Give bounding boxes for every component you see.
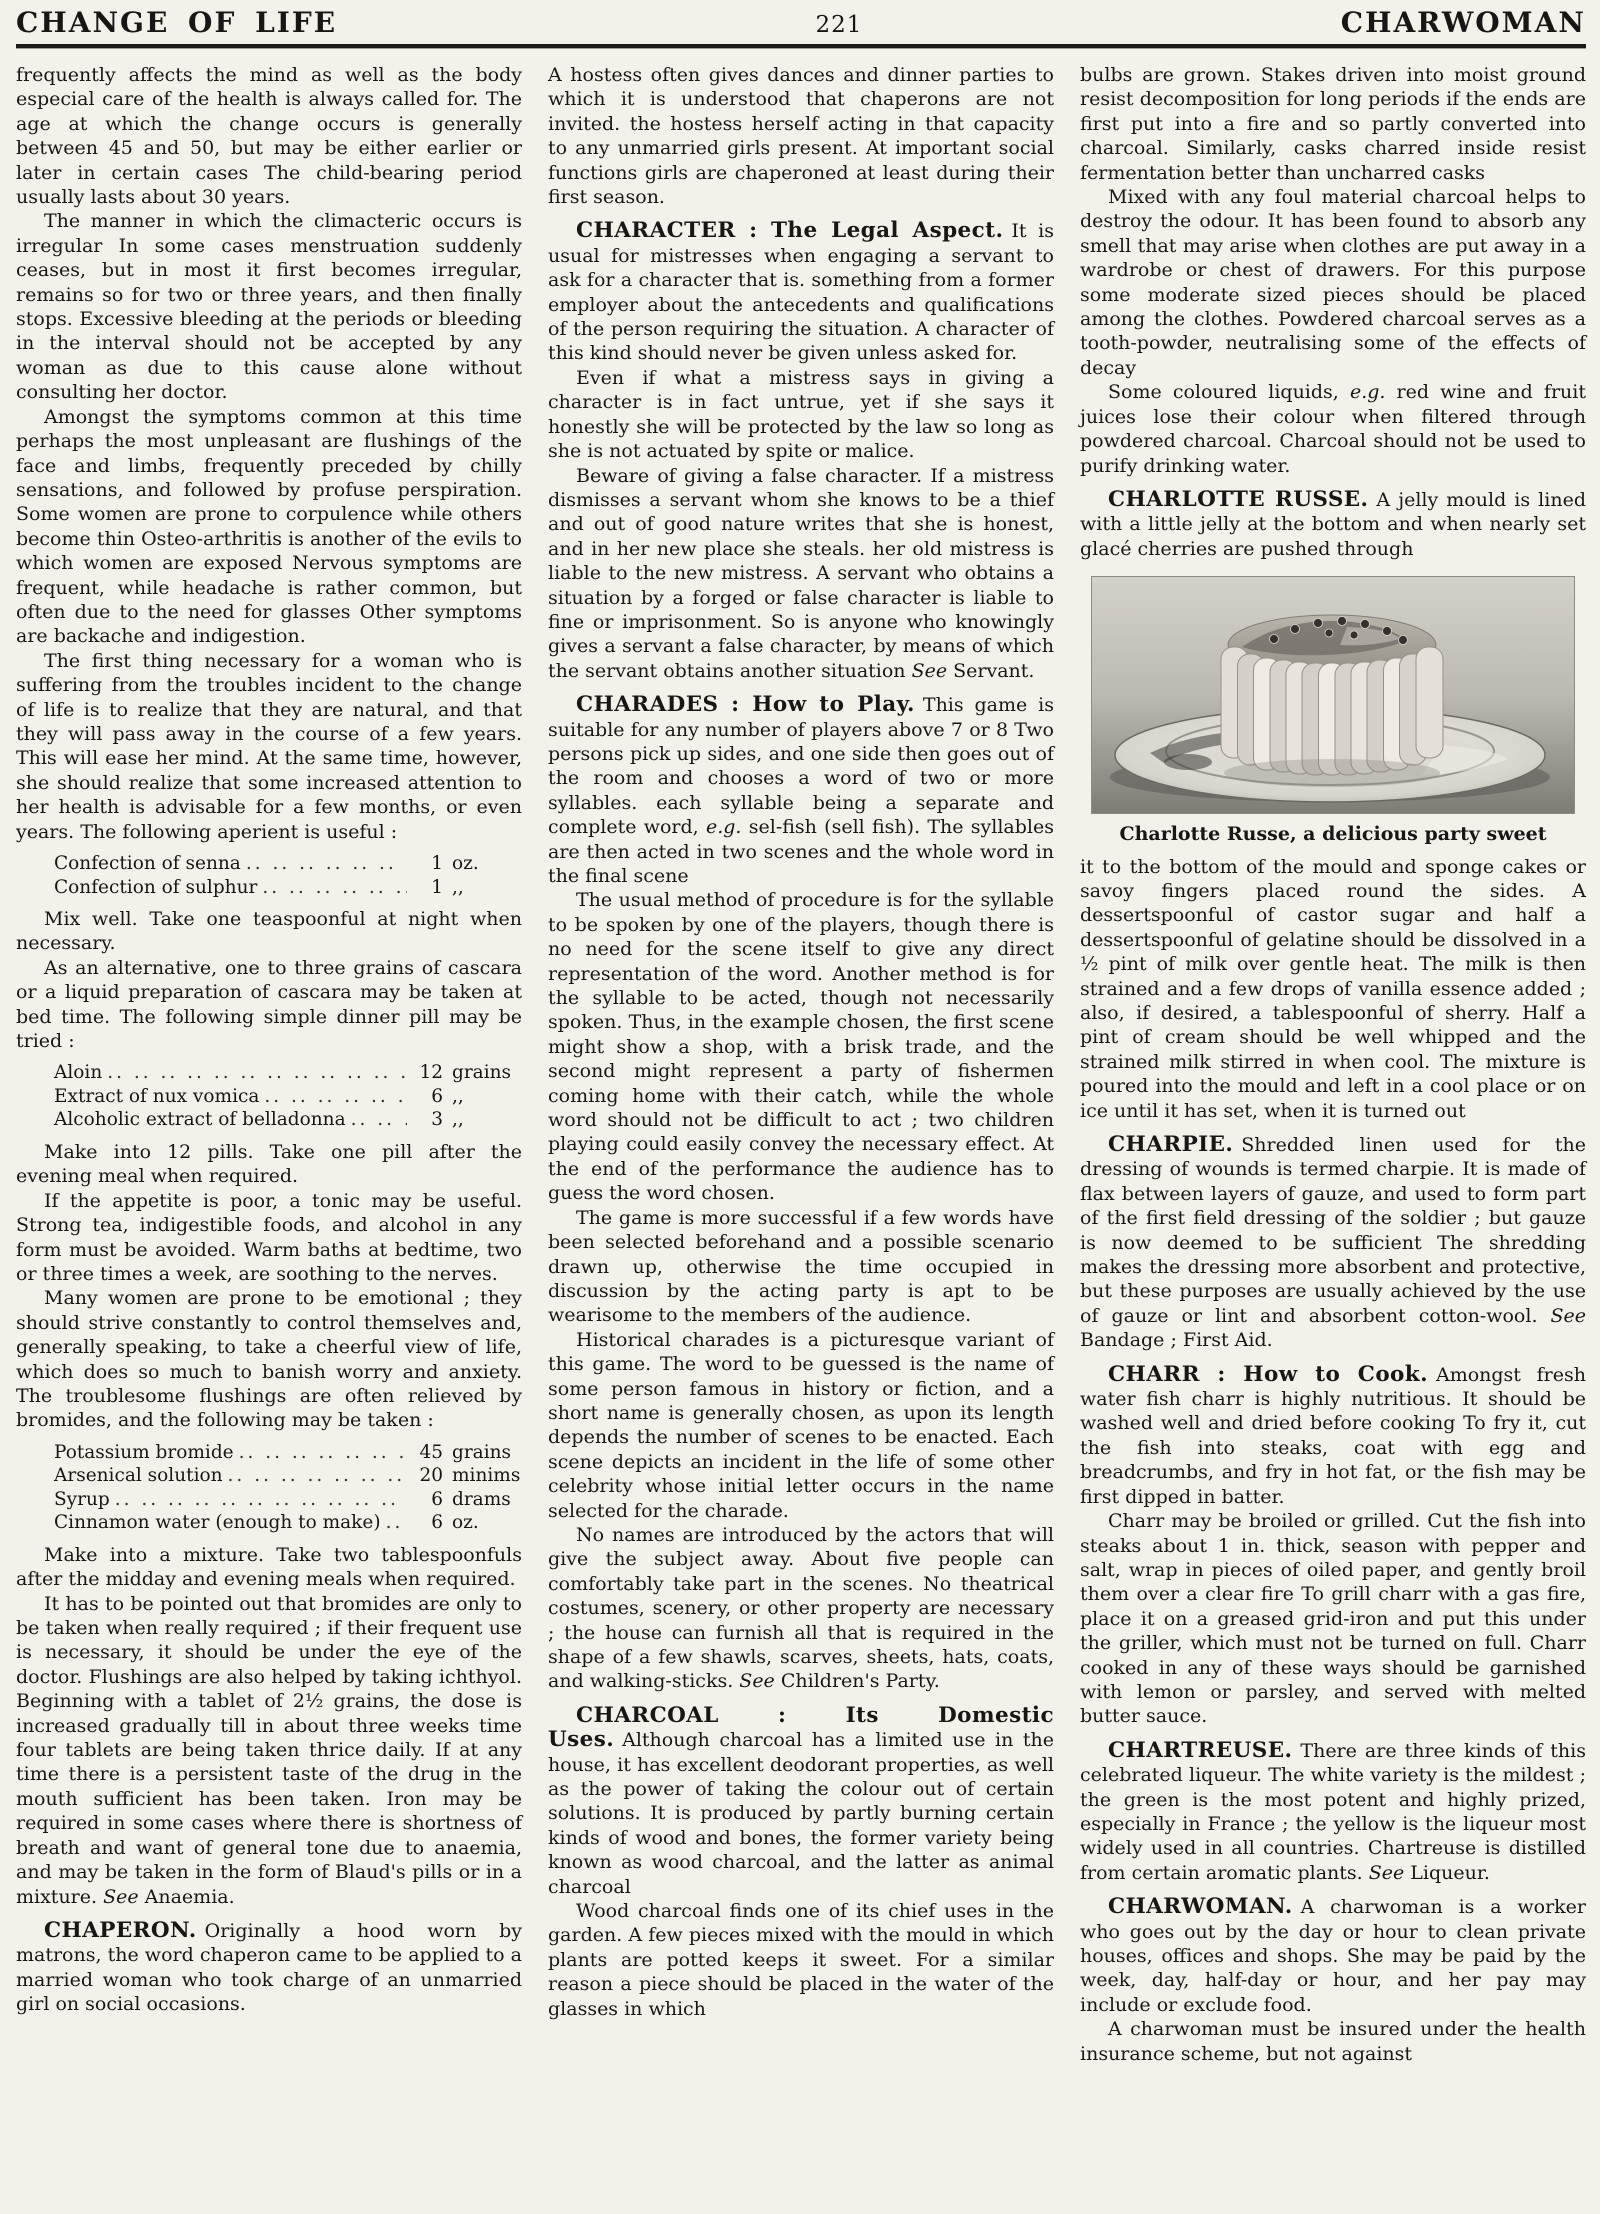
ingredient-name: Confection of sulphur [54,876,257,900]
unit: ,, [443,876,522,900]
unit: grains [443,1061,522,1085]
quantity: 3 [407,1108,443,1132]
entry-paragraph: CHARADES : How to Play.This game is suit… [548,693,1054,888]
page-header: CHANGE OF LIFE 221 CHARWOMAN [16,6,1586,39]
column-left: frequently affects the mind as well as t… [16,63,522,2066]
paragraph: A charwoman must be insured under the he… [1080,2017,1586,2066]
dosage-table: Aloin.. .. .. .. .. .. .. .. .. .. .. ..… [16,1061,522,1132]
leader-dots: .. .. .. .. .. .. .. .. .. .. .. .. .. .… [381,1511,407,1535]
ingredient-name: Alcoholic extract of belladonna [54,1108,346,1132]
column-middle: A hostess often gives dances and dinner … [548,63,1054,2066]
entry-title: CHARWOMAN. [1108,1894,1301,1919]
dosage-table: Potassium bromide.. .. .. .. .. .. .. ..… [16,1441,522,1535]
entry-title: CHARTREUSE. [1108,1738,1300,1763]
quantity: 20 [407,1464,443,1488]
entry-paragraph: CHARCOAL : Its Domestic Uses.Although ch… [548,1704,1054,1899]
quantity: 1 [407,852,443,876]
ingredient-name: Syrup [54,1488,110,1512]
paragraph: The first thing necessary for a woman wh… [16,649,522,844]
paragraph: Some coloured liquids, e.g. red wine and… [1080,380,1586,478]
dosage-row: Aloin.. .. .. .. .. .. .. .. .. .. .. ..… [54,1061,522,1085]
cross-reference: See [103,1886,139,1908]
leader-dots: .. .. .. .. .. .. .. .. .. .. .. .. .. .… [223,1464,407,1488]
column-right: bulbs are grown. Stakes driven into mois… [1080,63,1586,2066]
entry-title: CHARPIE. [1108,1132,1241,1157]
entry-paragraph: CHARWOMAN.A charwoman is a worker who go… [1080,1895,1586,2017]
paragraph: Even if what a mistress says in giving a… [548,366,1054,464]
paragraph: The game is more successful if a few wor… [548,1206,1054,1328]
cross-reference: See [912,660,948,682]
entry-title: CHARACTER : The Legal Aspect. [576,218,1011,243]
page-number: 221 [337,12,1341,38]
entry-paragraph: CHARR : How to Cook.Amongst fresh water … [1080,1363,1586,1509]
unit: minims [443,1464,522,1488]
text-columns: frequently affects the mind as well as t… [16,63,1586,2066]
header-rule [16,44,1586,48]
quantity: 6 [407,1511,443,1535]
ingredient-name: Confection of senna [54,852,241,876]
dosage-row: Confection of sulphur.. .. .. .. .. .. .… [54,876,522,900]
leader-dots: .. .. .. .. .. .. .. .. .. .. .. .. .. .… [110,1488,407,1512]
dosage-row: Cinnamon water (enough to make).. .. .. … [54,1511,522,1535]
unit: grains [443,1441,522,1465]
quantity: 12 [407,1061,443,1085]
dosage-row: Alcoholic extract of belladonna.. .. .. … [54,1108,522,1132]
charlotte-russe-figure: Charlotte Russe, a delicious party sweet [1080,577,1586,846]
paragraph: Beware of giving a false character. If a… [548,464,1054,684]
entry-paragraph: CHAPERON.Originally a hood worn by matro… [16,1919,522,2017]
ingredient-name: Extract of nux vomica [54,1085,259,1109]
quantity: 6 [407,1488,443,1512]
cross-reference: See [1550,1305,1586,1327]
paragraph: Charr may be broiled or grilled. Cut the… [1080,1509,1586,1729]
header-left-title: CHANGE OF LIFE [16,6,337,39]
entry-paragraph: CHARTREUSE.There are three kinds of this… [1080,1739,1586,1885]
paragraph: Wood charcoal finds one of its chief use… [548,1899,1054,2021]
leader-dots: .. .. .. .. .. .. .. .. .. .. .. .. .. .… [241,852,407,876]
entry-title: CHARADES : How to Play. [576,692,923,717]
dosage-row: Potassium bromide.. .. .. .. .. .. .. ..… [54,1441,522,1465]
dosage-row: Extract of nux vomica.. .. .. .. .. .. .… [54,1085,522,1109]
paragraph: As an alternative, one to three grains o… [16,956,522,1054]
paragraph: Amongst the symptoms common at this time… [16,405,522,649]
unit: ,, [443,1085,522,1109]
paragraph: Make into 12 pills. Take one pill after … [16,1140,522,1189]
cross-reference: See [739,1670,775,1692]
quantity: 6 [407,1085,443,1109]
paragraph: Mix well. Take one teaspoonful at night … [16,907,522,956]
cross-reference: e.g. [706,816,742,838]
dosage-row: Syrup.. .. .. .. .. .. .. .. .. .. .. ..… [54,1488,522,1512]
unit: ,, [443,1108,522,1132]
charlotte-russe-photo [1092,577,1574,813]
unit: oz. [443,1511,522,1535]
ingredient-name: Aloin [54,1061,102,1085]
cross-reference: e.g. [1350,381,1386,403]
leader-dots: .. .. .. .. .. .. .. .. .. .. .. .. .. .… [234,1441,407,1465]
paragraph: Many women are prone to be emotional ; t… [16,1286,522,1432]
paragraph: If the appetite is poor, a tonic may be … [16,1189,522,1287]
paragraph: Historical charades is a picturesque var… [548,1328,1054,1523]
paragraph: bulbs are grown. Stakes driven into mois… [1080,63,1586,185]
dosage-table: Confection of senna.. .. .. .. .. .. .. … [16,852,522,899]
paragraph: Make into a mixture. Take two tablespoon… [16,1543,522,1592]
ingredient-name: Arsenical solution [54,1464,223,1488]
ingredient-name: Cinnamon water (enough to make) [54,1511,381,1535]
dosage-row: Confection of senna.. .. .. .. .. .. .. … [54,852,522,876]
entry-title: CHARLOTTE RUSSE. [1108,487,1376,512]
entry-paragraph: CHARACTER : The Legal Aspect.It is usual… [548,219,1054,365]
paragraph: A hostess often gives dances and dinner … [548,63,1054,209]
paragraph: It has to be pointed out that bromides a… [16,1592,522,1909]
scanned-book-page: CHANGE OF LIFE 221 CHARWOMAN frequently … [0,0,1600,2066]
paragraph: The manner in which the climacteric occu… [16,209,522,404]
entry-title: CHARCOAL : Its Domestic Uses. [548,1703,1054,1752]
paragraph: Mixed with any foul material charcoal he… [1080,185,1586,380]
ingredient-name: Potassium bromide [54,1441,234,1465]
quantity: 1 [407,876,443,900]
entry-paragraph: CHARLOTTE RUSSE.A jelly mould is lined w… [1080,488,1586,561]
header-right-title: CHARWOMAN [1341,6,1586,39]
quantity: 45 [407,1441,443,1465]
leader-dots: .. .. .. .. .. .. .. .. .. .. .. .. .. .… [346,1108,407,1132]
entry-title: CHAPERON. [44,1918,205,1943]
figure-caption: Charlotte Russe, a delicious party sweet [1080,822,1586,846]
entry-title: CHARR : How to Cook. [1108,1362,1436,1387]
paragraph: No names are introduced by the actors th… [548,1523,1054,1694]
paragraph: it to the bottom of the mould and sponge… [1080,855,1586,1123]
cross-reference: See [1369,1862,1405,1884]
entry-paragraph: CHARPIE.Shredded linen used for the dres… [1080,1133,1586,1353]
leader-dots: .. .. .. .. .. .. .. .. .. .. .. .. .. .… [257,876,407,900]
unit: oz. [443,852,522,876]
paragraph: The usual method of procedure is for the… [548,888,1054,1205]
unit: drams [443,1488,522,1512]
paragraph: frequently affects the mind as well as t… [16,63,522,209]
dosage-row: Arsenical solution.. .. .. .. .. .. .. .… [54,1464,522,1488]
leader-dots: .. .. .. .. .. .. .. .. .. .. .. .. .. .… [102,1061,407,1085]
leader-dots: .. .. .. .. .. .. .. .. .. .. .. .. .. .… [259,1085,407,1109]
